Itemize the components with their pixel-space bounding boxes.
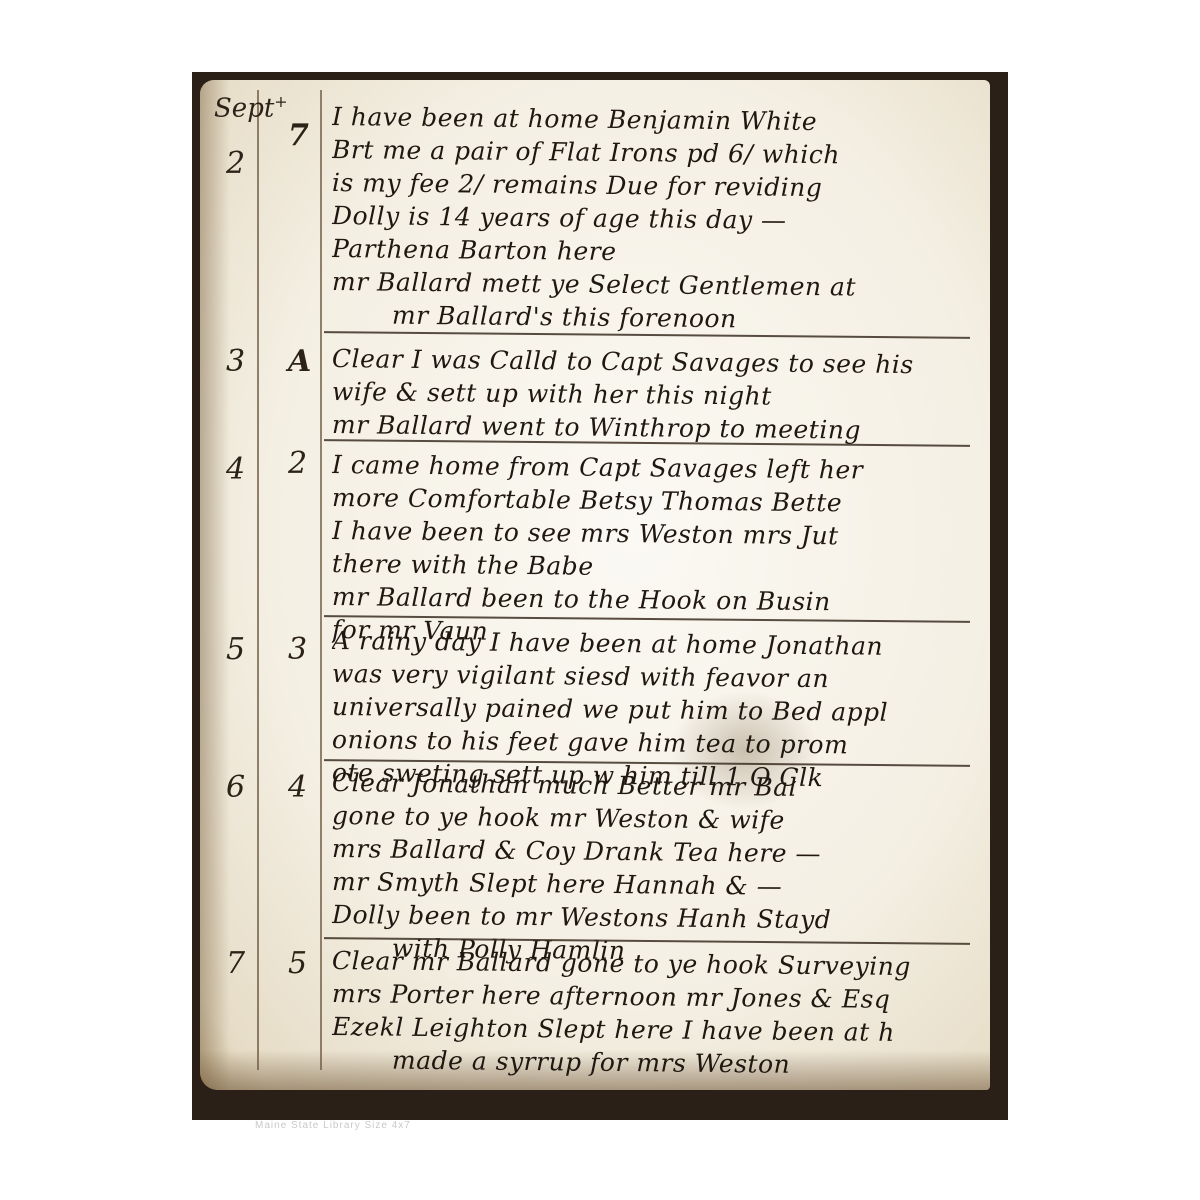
entry-weekday: A	[288, 344, 311, 379]
entry-date: 6	[226, 770, 245, 805]
entry-date: 2	[226, 146, 245, 181]
entry-weekday: 4	[288, 770, 307, 805]
entry-weekday: 5	[288, 946, 307, 981]
entry-weekday: 3	[288, 632, 307, 667]
entry-date: 4	[226, 452, 245, 487]
page-edge-shadow	[200, 80, 230, 1090]
entry-text: I have been at home Benjamin White Brt m…	[332, 100, 976, 331]
entry-text: Clear Jonathan much Better mr Bal gone t…	[332, 766, 976, 964]
diary-scan: Sept+ 2 7 I have been at home Benjamin W…	[192, 72, 1008, 1120]
entry-text: Clear I was Calld to Capt Savages to see…	[332, 342, 976, 441]
entry-text: Clear mr Ballard gone to ye hook Surveyi…	[332, 944, 976, 1076]
month-header: Sept+	[214, 92, 288, 124]
date-column-rule	[257, 90, 259, 1070]
entry-date: 7	[226, 946, 245, 981]
entry-date: 5	[226, 632, 245, 667]
entry-weekday: 2	[288, 446, 307, 481]
entry-line: made a syrrup for mrs Weston	[332, 1043, 976, 1083]
scan-caption: Maine State Library Size 4x7	[255, 1120, 411, 1131]
entry-weekday: 7	[288, 118, 309, 153]
diary-page: Sept+ 2 7 I have been at home Benjamin W…	[200, 80, 990, 1090]
month-label: Sept	[214, 94, 274, 124]
weekday-header-mark: +	[274, 92, 287, 111]
weekday-column-rule	[320, 90, 322, 1070]
entry-date: 3	[226, 344, 245, 379]
